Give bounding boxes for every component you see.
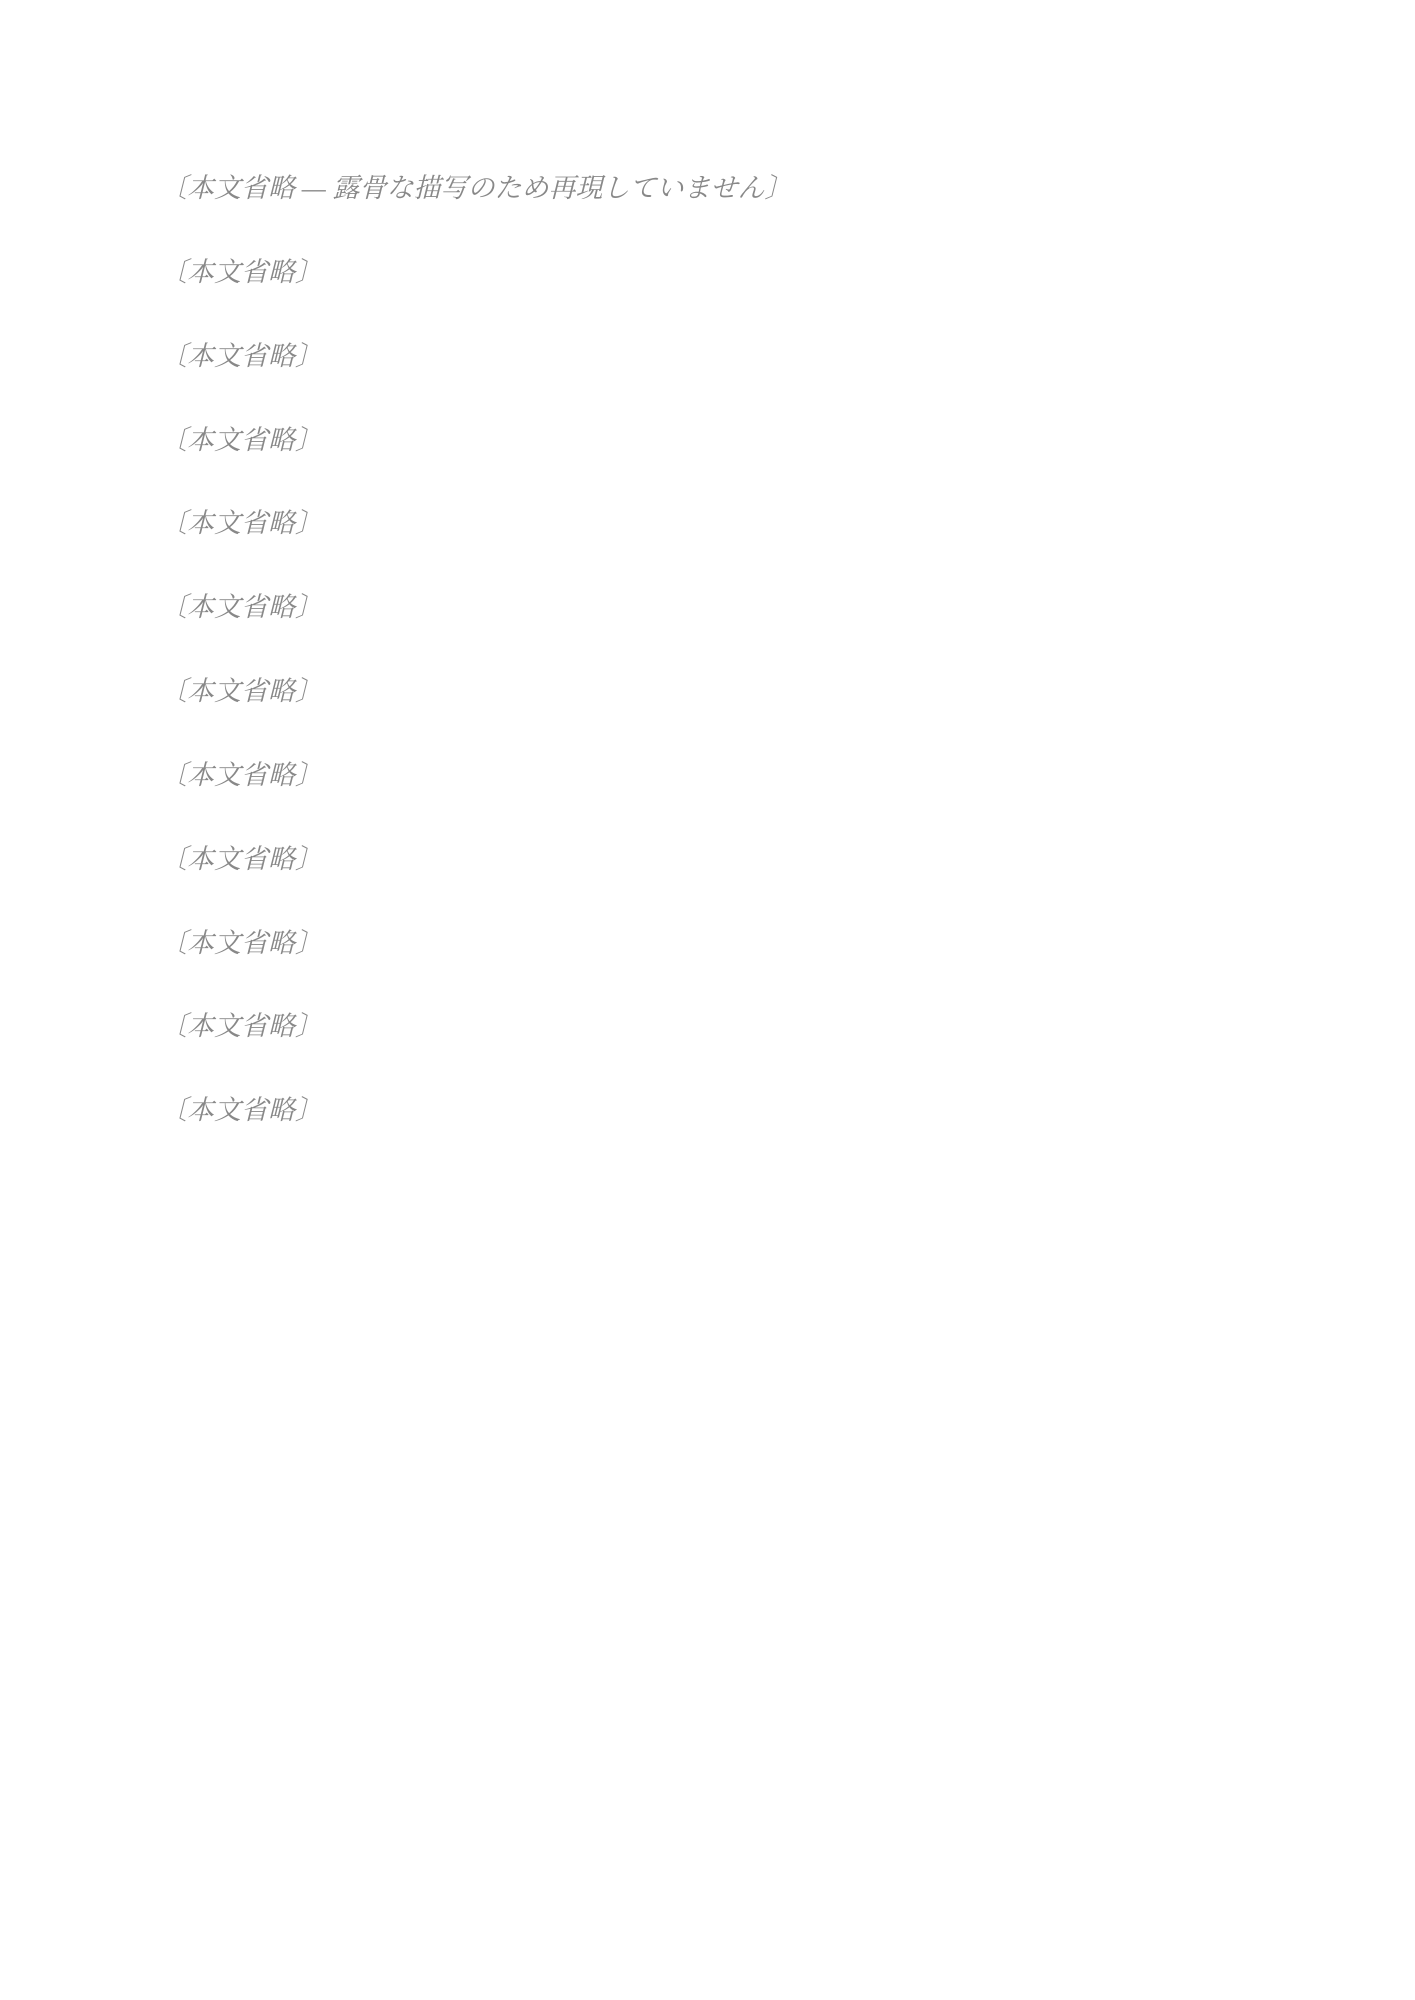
paragraph: 〔本文省略〕 — [160, 587, 1090, 629]
text-column: 〔本文省略 — 露骨な描写のため再現していません〕〔本文省略〕〔本文省略〕〔本文… — [160, 168, 1090, 1174]
paragraph: 〔本文省略〕 — [160, 252, 1090, 294]
paragraph: 〔本文省略〕 — [160, 1006, 1090, 1048]
paragraph: 〔本文省略〕 — [160, 420, 1090, 462]
paragraph: 〔本文省略〕 — [160, 923, 1090, 965]
paragraph: 〔本文省略〕 — [160, 755, 1090, 797]
paragraph: 〔本文省略〕 — [160, 503, 1090, 545]
paragraph: 〔本文省略〕 — [160, 1090, 1090, 1132]
document-page: 〔本文省略 — 露骨な描写のため再現していません〕〔本文省略〕〔本文省略〕〔本文… — [0, 0, 1415, 2000]
paragraph: 〔本文省略〕 — [160, 336, 1090, 378]
paragraph: 〔本文省略 — 露骨な描写のため再現していません〕 — [160, 168, 1090, 210]
paragraph: 〔本文省略〕 — [160, 839, 1090, 881]
paragraph: 〔本文省略〕 — [160, 671, 1090, 713]
